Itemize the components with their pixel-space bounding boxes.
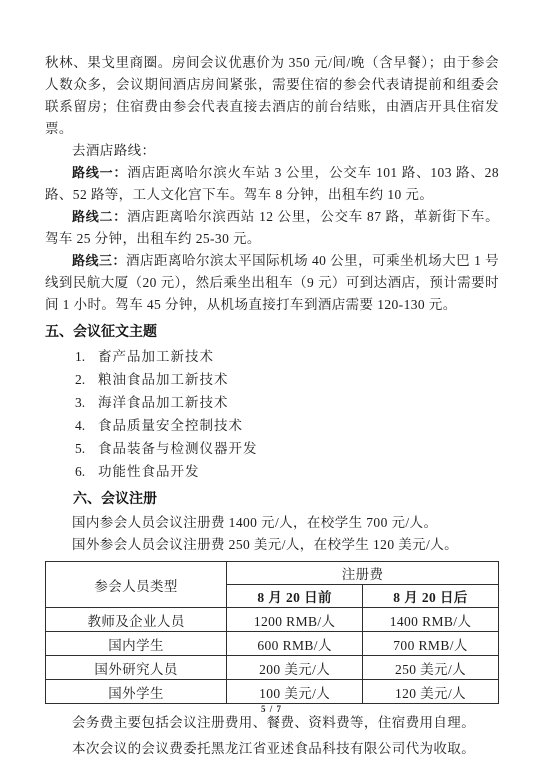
cell-attendee-type: 教师及企业人员: [46, 608, 227, 632]
cell-fee-before: 600 RMB/人: [227, 632, 363, 656]
cell-attendee-type: 国外研究人员: [46, 656, 227, 680]
paragraph-routes-intro: 去酒店路线：: [45, 140, 499, 162]
topic-3-text: 海洋食品加工新技术: [98, 395, 229, 410]
topic-item-5: 5.食品装备与检测仪器开发: [75, 437, 499, 460]
document-page: 秋林、果戈里商圈。房间会议优惠价为 350 元/间/晚（含早餐）；由于参会人数众…: [0, 0, 543, 768]
topic-2-text: 粮油食品加工新技术: [98, 372, 229, 387]
paragraph-route-2: 路线二：酒店距离哈尔滨西站 12 公里，公交车 87 路，革新街下车。驾车 25…: [45, 206, 499, 250]
topic-1-text: 畜产品加工新技术: [98, 349, 214, 364]
section-heading-call-for-papers: 五、会议征文主题: [45, 320, 499, 342]
topic-5-text: 食品装备与检测仪器开发: [98, 441, 258, 456]
table-header-row-1: 参会人员类型 注册费: [46, 562, 499, 585]
topic-6-number: 6.: [75, 460, 91, 483]
table-header-registration-fee: 注册费: [227, 562, 499, 585]
topic-2-number: 2.: [75, 368, 91, 391]
topics-list: 1.畜产品加工新技术 2.粮油食品加工新技术 3.海洋食品加工新技术 4.食品质…: [45, 345, 499, 483]
topic-4-number: 4.: [75, 414, 91, 437]
paragraph-foreign-fee: 国外参会人员会议注册费 250 美元/人，在校学生 120 美元/人。: [45, 534, 499, 556]
table-row-foreign-researchers: 国外研究人员 200 美元/人 250 美元/人: [46, 656, 499, 680]
topic-3-number: 3.: [75, 391, 91, 414]
paragraph-route-1: 路线一：酒店距离哈尔滨火车站 3 公里，公交车 101 路、103 路、28 路…: [45, 162, 499, 206]
paragraph-route-3: 路线三：酒店距离哈尔滨太平国际机场 40 公里，可乘坐机场大巴 1 号线到民航大…: [45, 250, 499, 316]
note-fee-coverage: 会务费主要包括会议注册费用、餐费、资料费等，住宿费用自理。: [45, 712, 499, 734]
notes-block: 会务费主要包括会议注册费用、餐费、资料费等，住宿费用自理。 本次会议的会议费委托…: [45, 712, 499, 760]
cell-fee-before: 100 美元/人: [227, 680, 363, 704]
topic-item-6: 6.功能性食品开发: [75, 460, 499, 483]
cell-fee-after: 1400 RMB/人: [363, 608, 499, 632]
registration-fee-table: 参会人员类型 注册费 8 月 20 日前 8 月 20 日后 教师及企业人员 1…: [45, 561, 499, 704]
table-row-foreign-students: 国外学生 100 美元/人 120 美元/人: [46, 680, 499, 704]
note-fee-collection: 本次会议的会议费委托黑龙江省亚述食品科技有限公司代为收取。: [45, 738, 499, 760]
topic-1-number: 1.: [75, 345, 91, 368]
topic-6-text: 功能性食品开发: [98, 464, 200, 479]
cell-fee-after: 250 美元/人: [363, 656, 499, 680]
topic-item-3: 3.海洋食品加工新技术: [75, 391, 499, 414]
paragraph-domestic-fee: 国内参会人员会议注册费 1400 元/人，在校学生 700 元/人。: [45, 512, 499, 534]
topic-5-number: 5.: [75, 437, 91, 460]
table-row-domestic-students: 国内学生 600 RMB/人 700 RMB/人: [46, 632, 499, 656]
table-header-before-date: 8 月 20 日前: [227, 585, 363, 608]
paragraph-hotel-booking: 秋林、果戈里商圈。房间会议优惠价为 350 元/间/晚（含早餐）；由于参会人数众…: [45, 52, 499, 140]
page-number: 5 / 7: [0, 704, 543, 714]
cell-fee-before: 1200 RMB/人: [227, 608, 363, 632]
topic-item-4: 4.食品质量安全控制技术: [75, 414, 499, 437]
cell-attendee-type: 国外学生: [46, 680, 227, 704]
table-header-attendee-type: 参会人员类型: [46, 562, 227, 608]
cell-fee-after: 120 美元/人: [363, 680, 499, 704]
topic-item-2: 2.粮油食品加工新技术: [75, 368, 499, 391]
route-2-label: 路线二：: [72, 209, 127, 224]
table-header-after-date: 8 月 20 日后: [363, 585, 499, 608]
section-heading-registration: 六、会议注册: [45, 487, 499, 509]
cell-fee-before: 200 美元/人: [227, 656, 363, 680]
topic-item-1: 1.畜产品加工新技术: [75, 345, 499, 368]
topic-4-text: 食品质量安全控制技术: [98, 418, 243, 433]
cell-attendee-type: 国内学生: [46, 632, 227, 656]
route-3-label: 路线三：: [72, 253, 126, 268]
document-content: 秋林、果戈里商圈。房间会议优惠价为 350 元/间/晚（含早餐）；由于参会人数众…: [0, 0, 543, 760]
table-row-teachers: 教师及企业人员 1200 RMB/人 1400 RMB/人: [46, 608, 499, 632]
route-1-label: 路线一：: [72, 165, 127, 180]
cell-fee-after: 700 RMB/人: [363, 632, 499, 656]
